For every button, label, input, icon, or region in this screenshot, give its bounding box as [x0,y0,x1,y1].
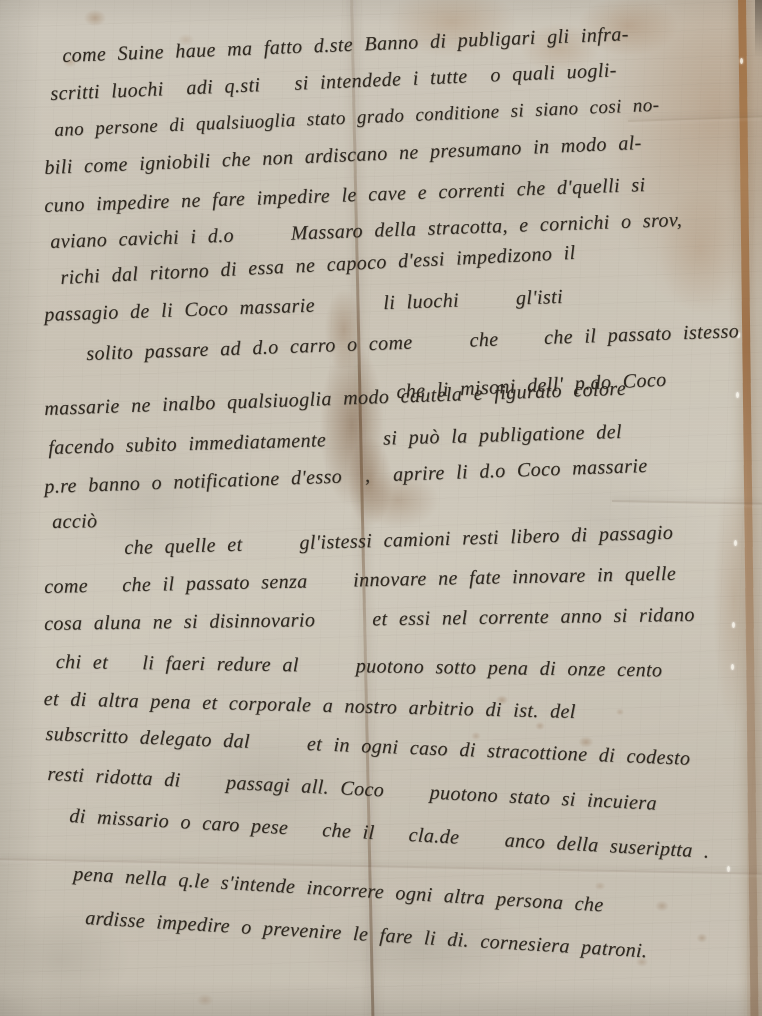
manuscript-line: scritti luochi adi q.sti si intendede i … [50,60,617,104]
manuscript-line: p.re banno o notificatione d'esso , apri… [44,456,648,497]
manuscript-line: bili come igniobili che non ardiscano ne… [44,133,642,178]
manuscript-line: come che il passato senza innovare ne fa… [44,564,676,597]
manuscript-line: passagio de li Coco massarie li luochi g… [44,287,563,325]
manuscript-photo: come Suine haue ma fatto d.ste Banno di … [0,0,762,1016]
manuscript-line: resti ridotta di passagi all. Coco puoto… [47,764,657,814]
manuscript-line: subscritto delegato dal et in ogni caso … [45,724,691,769]
manuscript-line: ano persone di qualsiuoglia stato grado … [54,96,660,140]
manuscript-line: massarie ne inalbo qualsiuoglia modo cau… [44,379,626,419]
manuscript-line: cuno impedire ne fare impedire le cave e… [44,175,646,216]
manuscript-line: solito passare ad d.o carro o come che c… [86,321,739,364]
manuscript-line: pena nella q.le s'intende incorrere ogni… [73,864,604,915]
manuscript-line: acciò [52,511,98,532]
manuscript-line: ardisse impedire o prevenire le fare li … [85,908,648,961]
manuscript-line: come Suine haue ma fatto d.ste Banno di … [62,24,629,66]
handwriting-layer: come Suine haue ma fatto d.ste Banno di … [0,0,762,1016]
manuscript-line: aviano cavichi i d.o Massaro della strac… [50,210,682,252]
manuscript-line: che quelle et gl'istessi camioni resti l… [124,523,674,558]
manuscript-line: cosa aluna ne si disinnovario et essi ne… [44,605,695,634]
manuscript-line: di missario o caro pese che il cla.de an… [69,806,710,862]
manuscript-line: facendo subito immediatamente si può la … [48,422,622,458]
manuscript-line: chi et li faeri redure al puotono sotto … [56,652,663,680]
manuscript-line: et di altra pena et corporale a nostro a… [44,689,577,722]
